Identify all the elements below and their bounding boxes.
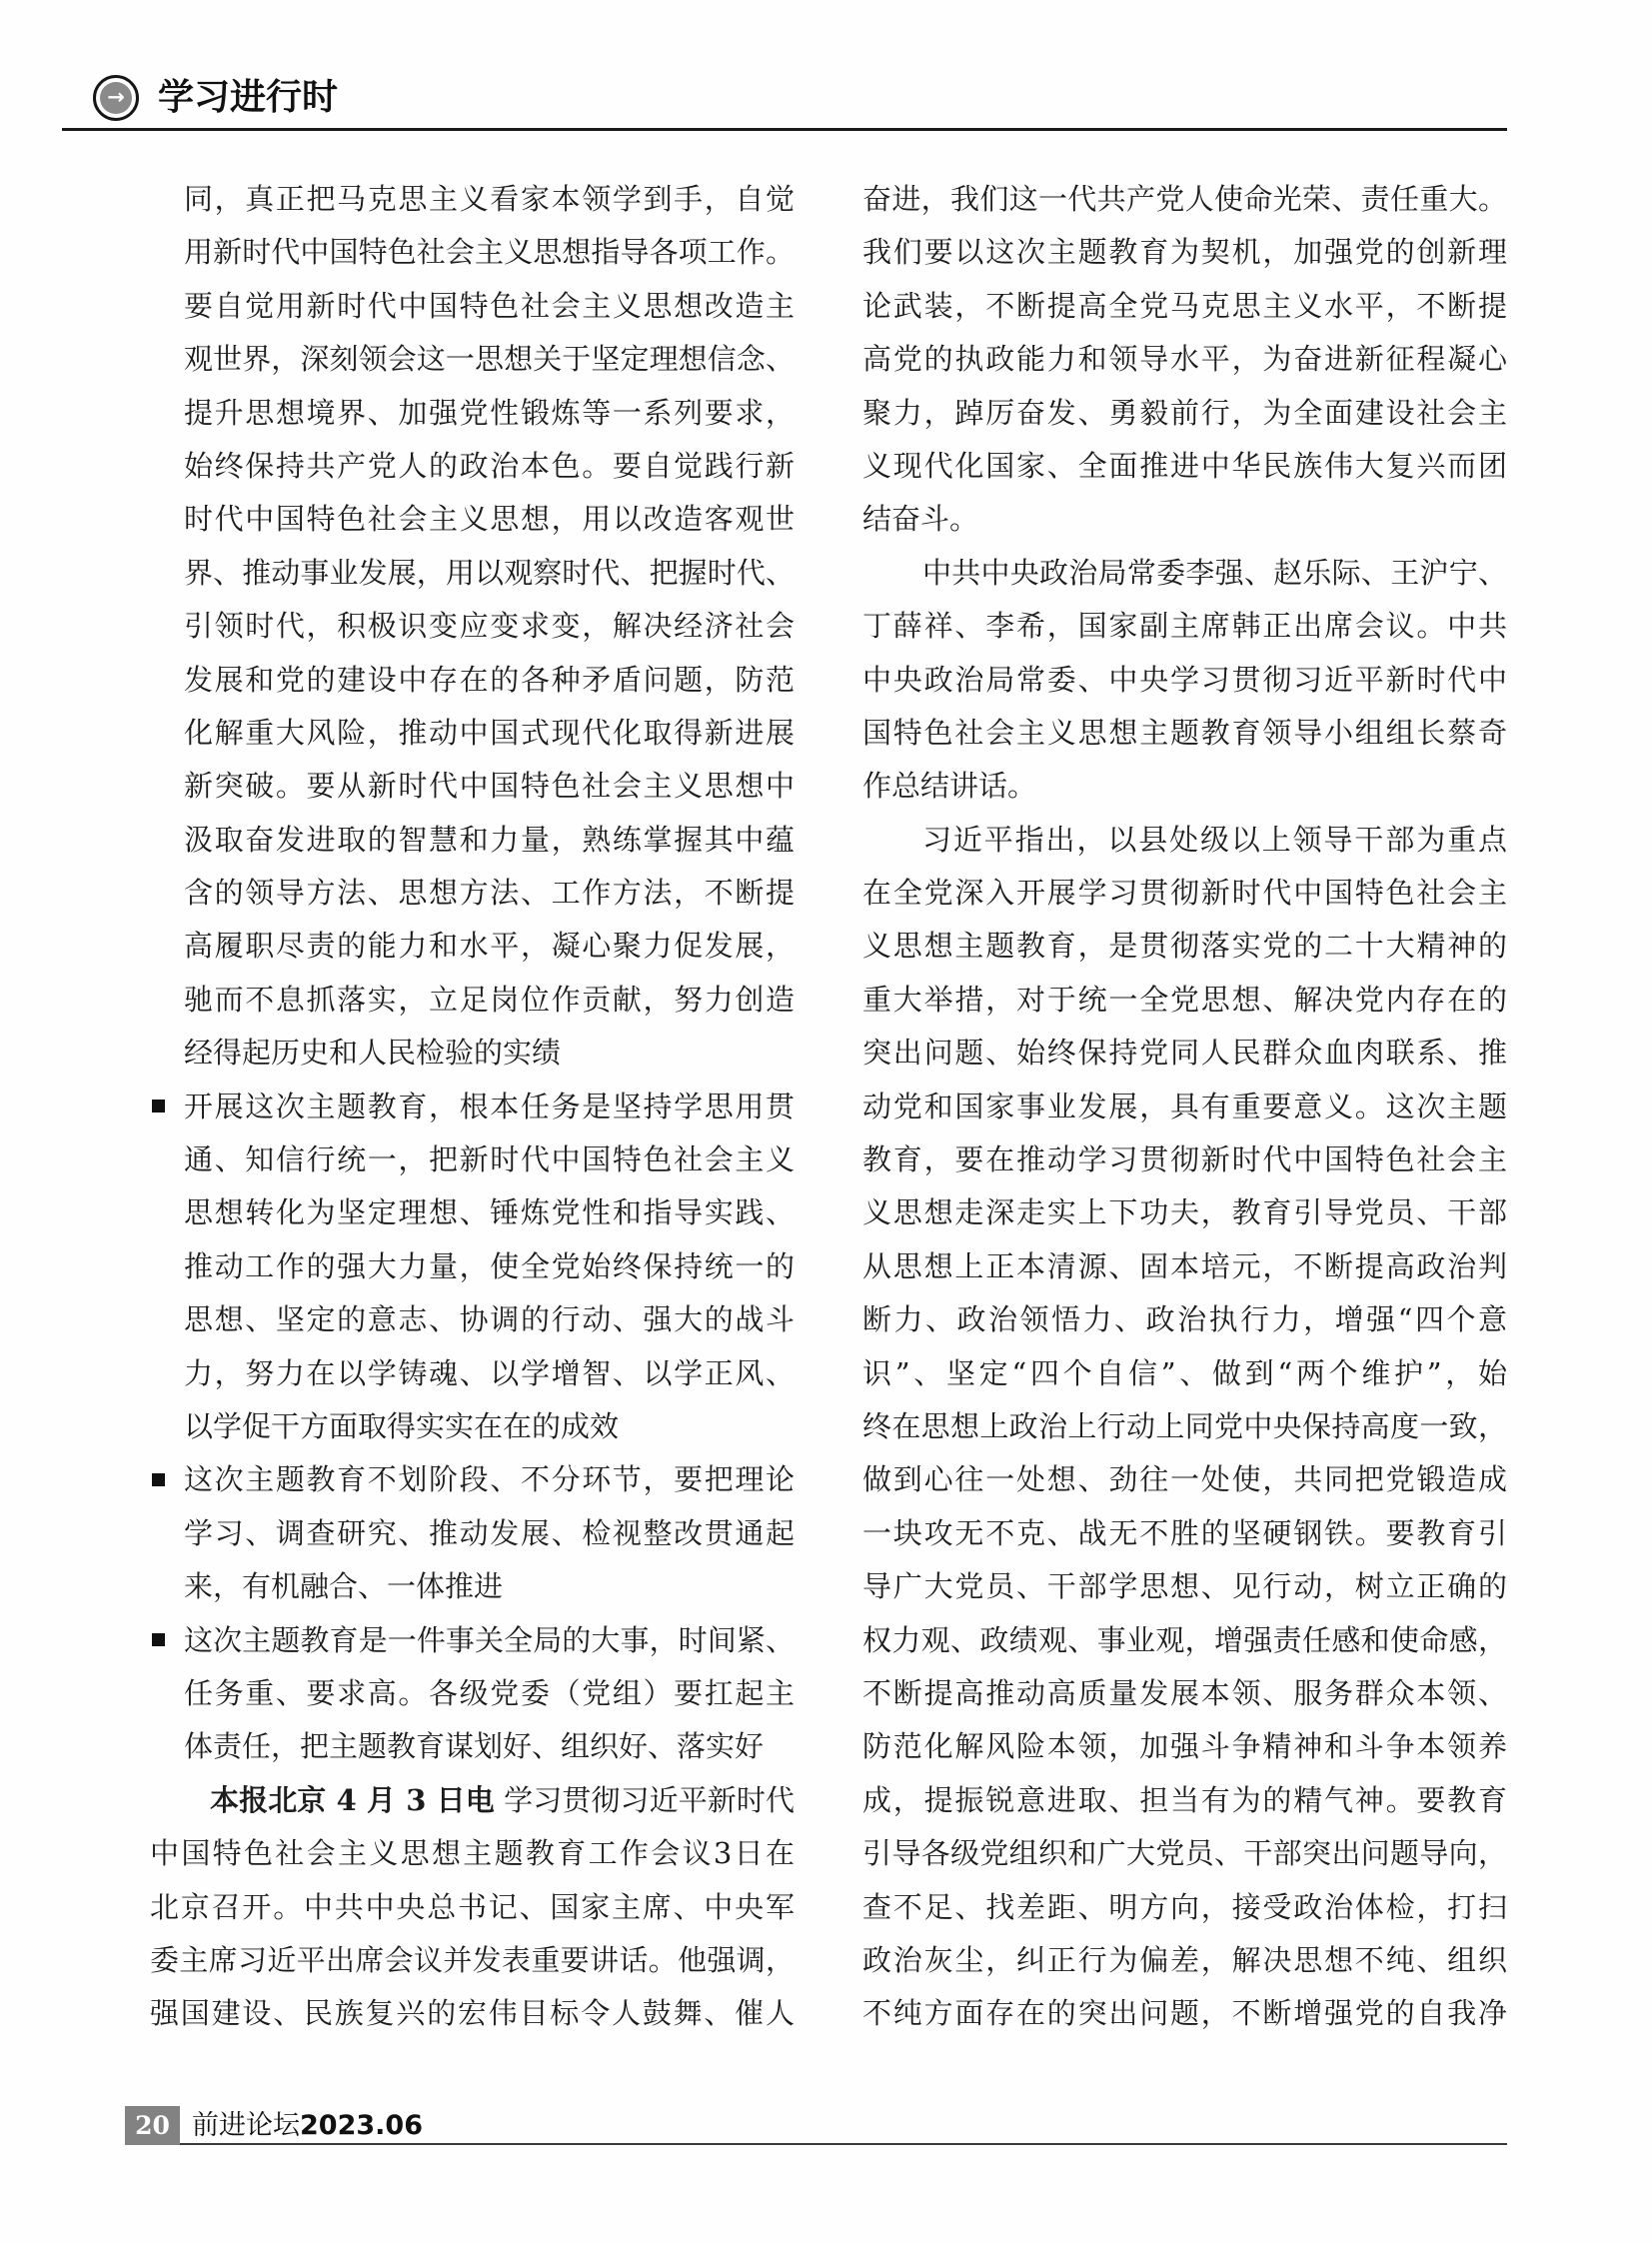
text-line: 在全党深入开展学习贯彻新时代中国特色社会主 xyxy=(862,867,1507,920)
text-line: 本报北京 4 月 3 日电 学习贯彻习近平新时代 xyxy=(150,1774,795,1827)
text-line: 思想、坚定的意志、协调的行动、强大的战斗 xyxy=(150,1293,795,1346)
text-line: 一块攻无不克、战无不胜的坚硬钢铁。要教育引 xyxy=(862,1507,1507,1560)
magazine-page: → 学习进行时 同，真正把马克思主义看家本领学到手，自觉用新时代中国特色社会主义… xyxy=(0,0,1652,2243)
text-line: 作总结讲话。 xyxy=(862,760,1507,813)
text-line: 任务重、要求高。各级党委（党组）要扛起主 xyxy=(150,1667,795,1720)
text-line: 通、知信行统一，把新时代中国特色社会主义 xyxy=(150,1133,795,1186)
journal-name: 前进论坛 xyxy=(192,2106,300,2145)
text-line: 成，提振锐意进取、担当有为的精气神。要教育 xyxy=(862,1774,1507,1827)
text-line: 奋进，我们这一代共产党人使命光荣、责任重大。 xyxy=(862,173,1507,226)
text-line: 强国建设、民族复兴的宏伟目标令人鼓舞、催人 xyxy=(150,1987,795,2040)
text-line: 以学促干方面取得实实在在的成效 xyxy=(150,1400,795,1453)
arrow-right-circle-icon: → xyxy=(93,75,139,121)
text-line: 含的领导方法、思想方法、工作方法，不断提 xyxy=(150,867,795,920)
page-number-badge: 20 xyxy=(125,2106,180,2145)
text-line: 北京召开。中共中央总书记、国家主席、中央军 xyxy=(150,1881,795,1934)
arrow-glyph: → xyxy=(100,82,132,114)
bullet-line: 这次主题教育是一件事关全局的大事，时间紧、 xyxy=(150,1614,795,1667)
text-line: 高履职尽责的能力和水平，凝心聚力促发展， xyxy=(150,920,795,973)
text-line: 经得起历史和人民检验的实绩 xyxy=(150,1027,795,1080)
text-line: 用新时代中国特色社会主义思想指导各项工作。 xyxy=(150,226,795,279)
text-line: 重大举措，对于统一全党思想、解决党内存在的 xyxy=(862,974,1507,1027)
text-line: 观世界，深刻领会这一思想关于坚定理想信念、 xyxy=(150,333,795,386)
text-line: 国特色社会主义思想主题教育领导小组组长蔡奇 xyxy=(862,707,1507,760)
text-line: 力，努力在以学铸魂、以学增智、以学正风、 xyxy=(150,1347,795,1400)
left-column: 同，真正把马克思主义看家本领学到手，自觉用新时代中国特色社会主义思想指导各项工作… xyxy=(150,173,795,2041)
text-line: 委主席习近平出席会议并发表重要讲话。他强调， xyxy=(150,1934,795,1987)
text-line: 同，真正把马克思主义看家本领学到手，自觉 xyxy=(150,173,795,226)
text-line: 驰而不息抓落实，立足岗位作贡献，努力创造 xyxy=(150,974,795,1027)
text-line: 义思想主题教育，是贯彻落实党的二十大精神的 xyxy=(862,920,1507,973)
text-line: 权力观、政绩观、事业观，增强责任感和使命感， xyxy=(862,1614,1507,1667)
text-line: 聚力，踔厉奋发、勇毅前行，为全面建设社会主 xyxy=(862,387,1507,440)
text-line: 动党和国家事业发展，具有重要意义。这次主题 xyxy=(862,1081,1507,1133)
header-rule xyxy=(62,128,1507,131)
dateline-lead: 本报北京 4 月 3 日电 xyxy=(210,1783,495,1817)
text-line: 引导各级党组织和广大党员、干部突出问题导向， xyxy=(862,1827,1507,1880)
text-line: 要自觉用新时代中国特色社会主义思想改造主 xyxy=(150,280,795,333)
text-line: 中共中央政治局常委李强、赵乐际、王沪宁、 xyxy=(862,547,1507,600)
text-line: 不纯方面存在的突出问题，不断增强党的自我净 xyxy=(862,1987,1507,2040)
text-line: 结奋斗。 xyxy=(862,493,1507,546)
right-column: 奋进，我们这一代共产党人使命光荣、责任重大。我们要以这次主题教育为契机，加强党的… xyxy=(862,173,1507,2041)
text-line: 中央政治局常委、中央学习贯彻习近平新时代中 xyxy=(862,654,1507,707)
text-line: 发展和党的建设中存在的各种矛盾问题，防范 xyxy=(150,654,795,707)
text-line: 义现代化国家、全面推进中华民族伟大复兴而团 xyxy=(862,440,1507,493)
text-line: 导广大党员、干部学思想、见行动，树立正确的 xyxy=(862,1560,1507,1613)
text-line: 查不足、找差距、明方向，接受政治体检，打扫 xyxy=(862,1881,1507,1934)
text-line: 防范化解风险本领，加强斗争精神和斗争本领养 xyxy=(862,1720,1507,1773)
footer-rule xyxy=(180,2143,1507,2145)
section-title: 学习进行时 xyxy=(158,76,338,120)
bullet-line: 开展这次主题教育，根本任务是坚持学思用贯 xyxy=(150,1081,795,1133)
text-line: 不断提高推动高质量发展本领、服务群众本领、 xyxy=(862,1667,1507,1720)
text-line: 来，有机融合、一体推进 xyxy=(150,1560,795,1613)
bullet-square-icon xyxy=(152,1100,165,1113)
text-line: 习近平指出，以县处级以上领导干部为重点 xyxy=(862,814,1507,867)
text-line: 突出问题、始终保持党同人民群众血肉联系、推 xyxy=(862,1027,1507,1080)
bullet-line: 这次主题教育不划阶段、不分环节，要把理论 xyxy=(150,1453,795,1506)
text-line: 推动工作的强大力量，使全党始终保持统一的 xyxy=(150,1240,795,1293)
text-line: 丁薛祥、李希，国家副主席韩正出席会议。中共 xyxy=(862,600,1507,653)
text-line: 汲取奋发进取的智慧和力量，熟练掌握其中蕴 xyxy=(150,814,795,867)
text-line: 终在思想上政治上行动上同党中央保持高度一致， xyxy=(862,1400,1507,1453)
text-line: 义思想走深走实上下功夫，教育引导党员、干部 xyxy=(862,1186,1507,1239)
text-line: 新突破。要从新时代中国特色社会主义思想中 xyxy=(150,760,795,813)
bullet-square-icon xyxy=(152,1633,165,1646)
text-line: 高党的执政能力和领导水平，为奋进新征程凝心 xyxy=(862,333,1507,386)
text-line: 我们要以这次主题教育为契机，加强党的创新理 xyxy=(862,226,1507,279)
text-line: 提升思想境界、加强党性锻炼等一系列要求， xyxy=(150,387,795,440)
text-line: 断力、政治领悟力、政治执行力，增强“四个意 xyxy=(862,1293,1507,1346)
bullet-square-icon xyxy=(152,1473,165,1486)
text-line: 时代中国特色社会主义思想，用以改造客观世 xyxy=(150,493,795,546)
text-line: 中国特色社会主义思想主题教育工作会议3日在 xyxy=(150,1827,795,1880)
text-line: 引领时代，积极识变应变求变，解决经济社会 xyxy=(150,600,795,653)
text-line: 学习、调查研究、推动发展、检视整改贯通起 xyxy=(150,1507,795,1560)
issue-number: 2023.06 xyxy=(300,2106,423,2145)
text-line: 论武装，不断提高全党马克思主义水平，不断提 xyxy=(862,280,1507,333)
text-line: 界、推动事业发展，用以观察时代、把握时代、 xyxy=(150,547,795,600)
text-line: 教育，要在推动学习贯彻新时代中国特色社会主 xyxy=(862,1133,1507,1186)
text-line: 识”、坚定“四个自信”、做到“两个维护”，始 xyxy=(862,1347,1507,1400)
text-line: 从思想上正本清源、固本培元，不断提高政治判 xyxy=(862,1240,1507,1293)
text-line: 思想转化为坚定理想、锤炼党性和指导实践、 xyxy=(150,1186,795,1239)
text-line: 政治灰尘，纠正行为偏差，解决思想不纯、组织 xyxy=(862,1934,1507,1987)
text-line: 体责任，把主题教育谋划好、组织好、落实好 xyxy=(150,1720,795,1773)
text-line: 化解重大风险，推动中国式现代化取得新进展 xyxy=(150,707,795,760)
text-line: 做到心往一处想、劲往一处使，共同把党锻造成 xyxy=(862,1453,1507,1506)
text-line: 始终保持共产党人的政治本色。要自觉践行新 xyxy=(150,440,795,493)
